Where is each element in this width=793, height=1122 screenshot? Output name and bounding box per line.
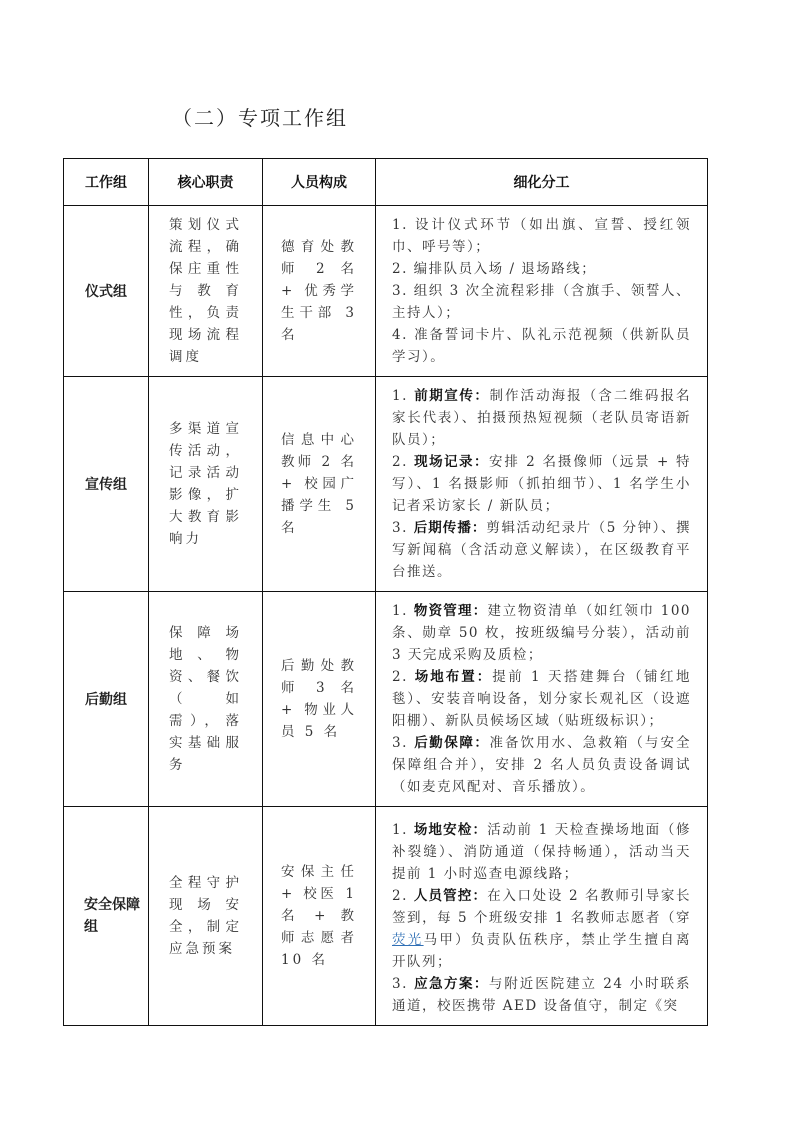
task-item: 1. 前期宣传：制作活动海报（含二维码报名家长代表）、拍摄预热短视频（老队员寄语…: [392, 385, 691, 451]
task-item: 2. 现场记录：安排 2 名摄像师（远景 + 特写）、1 名摄影师（抓拍细节）、…: [392, 451, 691, 517]
task-item: 4. 准备誓词卡片、队礼示范视频（供新队员学习）。: [392, 324, 691, 368]
staff-composition: 后勤处教师 3 名 + 物业人员 5 名: [263, 592, 376, 807]
task-item: 1. 场地安检：活动前 1 天检查操场地面（修补裂缝）、消防通道（保持畅通），活…: [392, 819, 691, 885]
staff-composition: 安保主任 + 校医 1 名 + 教师志愿者 10 名: [263, 807, 376, 1026]
table-row: 仪式组 策划仪式流程，确保庄重性与教育性，负责现场流程调度 德育处教师 2 名 …: [64, 206, 708, 377]
task-item: 3. 组织 3 次全流程彩排（含旗手、领誓人、主持人）；: [392, 280, 691, 324]
task-item: 1. 设计仪式环节（如出旗、宣誓、授红领巾、呼号等）；: [392, 214, 691, 258]
task-label: 现场记录：: [414, 454, 489, 470]
table-row: 安全保障组 全程守护现场安全，制定应急预案 安保主任 + 校医 1 名 + 教师…: [64, 807, 708, 1026]
task-label: 后勤保障：: [414, 735, 489, 751]
group-name: 安全保障组: [64, 807, 149, 1026]
core-duty: 全程守护现场安全，制定应急预案: [149, 807, 263, 1026]
task-label: 前期宣传：: [414, 388, 489, 404]
task-label: 场地布置：: [415, 669, 493, 685]
table-row: 宣传组 多渠道宣传活动，记录活动影像，扩大教育影响力 信息中心教师 2 名 + …: [64, 377, 708, 592]
task-item: 2. 场地布置：提前 1 天搭建舞台（铺红地毯）、安装音响设备，划分家长观礼区（…: [392, 666, 691, 732]
header-staff: 人员构成: [263, 159, 376, 206]
task-item: 3. 应急方案：与附近医院建立 24 小时联系通道，校医携带 AED 设备值守，…: [392, 973, 691, 1017]
table-row: 后勤组 保障场地、物资、餐饮（如需），落实基础服务 后勤处教师 3 名 + 物业…: [64, 592, 708, 807]
detailed-tasks: 1. 设计仪式环节（如出旗、宣誓、授红领巾、呼号等）； 2. 编排队员入场 / …: [376, 206, 708, 377]
task-label: 人员管控：: [414, 888, 487, 904]
core-duty: 策划仪式流程，确保庄重性与教育性，负责现场流程调度: [149, 206, 263, 377]
work-group-table: 工作组 核心职责 人员构成 细化分工 仪式组 策划仪式流程，确保庄重性与教育性，…: [63, 158, 708, 1026]
task-item: 3. 后勤保障：准备饮用水、急救箱（与安全保障组合并），安排 2 名人员负责设备…: [392, 732, 691, 798]
task-label: 物资管理：: [414, 603, 488, 619]
task-item: 3. 后期传播：剪辑活动纪录片（5 分钟）、撰写新闻稿（含活动意义解读），在区级…: [392, 517, 691, 583]
core-duty: 保障场地、物资、餐饮（如需），落实基础服务: [149, 592, 263, 807]
core-duty: 多渠道宣传活动，记录活动影像，扩大教育影响力: [149, 377, 263, 592]
task-label: 场地安检：: [414, 822, 487, 838]
hyperlink-fluorescent[interactable]: 荧光: [392, 932, 424, 948]
section-heading: （二）专项工作组: [172, 102, 348, 131]
task-item: 2. 人员管控：在入口处设 2 名教师引导家长签到，每 5 个班级安排 1 名教…: [392, 885, 691, 973]
header-group: 工作组: [64, 159, 149, 206]
detailed-tasks: 1. 前期宣传：制作活动海报（含二维码报名家长代表）、拍摄预热短视频（老队员寄语…: [376, 377, 708, 592]
table-header-row: 工作组 核心职责 人员构成 细化分工: [64, 159, 708, 206]
header-duty: 核心职责: [149, 159, 263, 206]
staff-composition: 信息中心教师 2 名 + 校园广播学生 5 名: [263, 377, 376, 592]
group-name: 宣传组: [64, 377, 149, 592]
task-item: 1. 物资管理：建立物资清单（如红领巾 100 条、勋章 50 枚，按班级编号分…: [392, 600, 691, 666]
group-name: 仪式组: [64, 206, 149, 377]
header-details: 细化分工: [376, 159, 708, 206]
detailed-tasks: 1. 场地安检：活动前 1 天检查操场地面（修补裂缝）、消防通道（保持畅通），活…: [376, 807, 708, 1026]
task-item: 2. 编排队员入场 / 退场路线；: [392, 258, 691, 280]
group-name: 后勤组: [64, 592, 149, 807]
detailed-tasks: 1. 物资管理：建立物资清单（如红领巾 100 条、勋章 50 枚，按班级编号分…: [376, 592, 708, 807]
task-label: 应急方案：: [414, 976, 489, 992]
task-label: 后期传播：: [414, 520, 487, 536]
staff-composition: 德育处教师 2 名 + 优秀学生干部 3 名: [263, 206, 376, 377]
